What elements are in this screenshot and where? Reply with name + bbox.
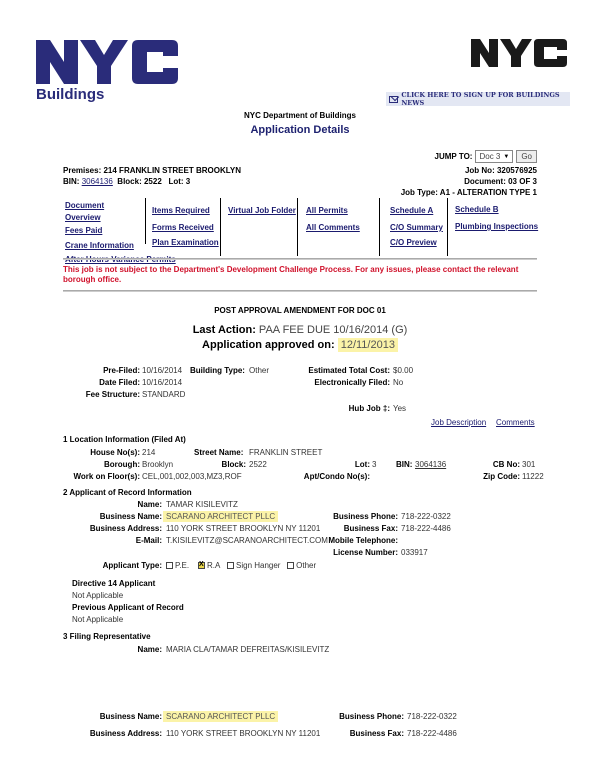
jump-to-control: JUMP TO: Doc 3 ▼ Go bbox=[435, 150, 537, 163]
applicant-type-sign-hanger[interactable]: Sign Hanger bbox=[227, 561, 280, 570]
house-no-value: 214 bbox=[142, 448, 155, 457]
document-number: Document: 03 OF 3 bbox=[464, 177, 537, 186]
rep-business-phone-label: Business Phone: bbox=[300, 712, 404, 721]
last-action-label: Last Action: bbox=[193, 324, 256, 336]
electronically-filed-label: Electronically Filed: bbox=[280, 378, 390, 387]
fee-structure-label: Fee Structure: bbox=[60, 390, 140, 399]
nav-co-summary[interactable]: C/O Summary bbox=[390, 223, 443, 232]
borough-value: Brooklyn bbox=[142, 460, 173, 469]
buildings-news-signup-link[interactable]: CLICK HERE TO SIGN UP FOR BUILDINGS NEWS bbox=[386, 92, 570, 106]
rep-business-fax-label: Business Fax: bbox=[300, 729, 404, 738]
nav-plan-examination[interactable]: Plan Examination bbox=[152, 238, 219, 247]
nav-document-overview-2[interactable]: Overview bbox=[65, 213, 101, 222]
nav-column-3: Virtual Job Folder bbox=[228, 204, 296, 216]
buildings-wordmark: Buildings bbox=[36, 86, 104, 103]
nav-divider bbox=[297, 198, 298, 256]
estimated-cost-value: $0.00 bbox=[393, 366, 413, 375]
comments-link[interactable]: Comments bbox=[496, 418, 535, 427]
nav-column-5: Schedule A C/O Summary C/O Preview bbox=[390, 204, 443, 248]
nav-schedule-a[interactable]: Schedule A bbox=[390, 206, 433, 215]
rep-business-phone-value: 718-222-0322 bbox=[407, 712, 457, 721]
cb-no-value: 301 bbox=[522, 460, 535, 469]
last-action: Last Action: PAA FEE DUE 10/16/2014 (G) bbox=[0, 324, 600, 336]
approved-label: Application approved on: bbox=[202, 339, 335, 351]
business-fax-label: Business Fax: bbox=[300, 524, 398, 533]
divider bbox=[63, 258, 537, 260]
nav-virtual-job-folder[interactable]: Virtual Job Folder bbox=[228, 206, 296, 215]
department-name: NYC Department of Buildings bbox=[0, 111, 600, 120]
dropdown-arrow-icon: ▼ bbox=[503, 154, 509, 160]
nav-all-permits[interactable]: All Permits bbox=[306, 206, 348, 215]
job-number: Job No: 320576925 bbox=[465, 166, 537, 175]
bin-link[interactable]: 3064136 bbox=[82, 177, 113, 186]
date-filed-value: 10/16/2014 bbox=[142, 378, 182, 387]
apt-condo-label: Apt/Condo No(s): bbox=[280, 472, 370, 481]
envelope-icon bbox=[389, 96, 398, 103]
previous-applicant-label: Previous Applicant of Record bbox=[72, 603, 184, 612]
job-type: Job Type: A1 - ALTERATION TYPE 1 bbox=[401, 188, 537, 197]
lot-label: Lot: bbox=[168, 177, 183, 186]
business-fax-value: 718-222-4486 bbox=[401, 524, 451, 533]
lot-value: 3 bbox=[186, 177, 190, 186]
go-button[interactable]: Go bbox=[516, 150, 537, 163]
rep-business-address-label: Business Address: bbox=[60, 729, 162, 738]
electronically-filed-value: No bbox=[393, 378, 403, 387]
bin-line: BIN: 3064136 Block: 2522 Lot: 3 bbox=[63, 177, 190, 186]
license-number-value: 033917 bbox=[401, 548, 428, 557]
document-select-value: Doc 3 bbox=[479, 152, 500, 161]
nav-column-4: All Permits All Comments bbox=[306, 204, 360, 233]
house-no-label: House No(s): bbox=[60, 448, 140, 457]
applicant-name-value: TAMAR KISILEVITZ bbox=[166, 500, 238, 509]
representative-name-label: Name: bbox=[60, 645, 162, 654]
building-type-label: Building Type: bbox=[190, 366, 245, 375]
nav-co-preview[interactable]: C/O Preview bbox=[390, 238, 437, 247]
nyc-buildings-logo[interactable] bbox=[36, 36, 178, 88]
business-phone-value: 718-222-0322 bbox=[401, 512, 451, 521]
approval-date: Application approved on: 12/11/2013 bbox=[0, 339, 600, 351]
business-address-value: 110 YORK STREET BROOKLYN NY 11201 bbox=[166, 524, 320, 533]
premises-value: 214 FRANKLIN STREET BROOKLYN bbox=[103, 166, 241, 175]
work-floors-label: Work on Floor(s): bbox=[40, 472, 140, 481]
bin-link[interactable]: 3064136 bbox=[415, 460, 446, 469]
applicant-section-heading: 2 Applicant of Record Information bbox=[63, 488, 192, 497]
building-type-value: Other bbox=[249, 366, 269, 375]
lot-value: 3 bbox=[372, 460, 376, 469]
rep-business-name-label: Business Name: bbox=[60, 712, 162, 721]
representative-section-heading: 3 Filing Representative bbox=[63, 632, 151, 641]
applicant-type-pe[interactable]: P.E. bbox=[166, 561, 189, 570]
directive-14-value: Not Applicable bbox=[72, 591, 123, 600]
representative-name-value: MARIA CLA/TAMAR DEFREITAS/KISILEVITZ bbox=[166, 645, 329, 654]
lot-label: Lot: bbox=[340, 460, 370, 469]
nav-divider bbox=[379, 198, 380, 256]
block-value: 2522 bbox=[144, 177, 162, 186]
nav-column-6: Schedule B Plumbing Inspections bbox=[455, 203, 538, 232]
nav-all-comments[interactable]: All Comments bbox=[306, 223, 360, 232]
work-floors-value: CEL,001,002,003,MZ3,ROF bbox=[142, 472, 242, 481]
nav-forms-received[interactable]: Forms Received bbox=[152, 223, 214, 232]
nav-divider bbox=[447, 198, 448, 256]
page-title: Application Details bbox=[0, 124, 600, 136]
block-value: 2522 bbox=[249, 460, 267, 469]
cb-no-label: CB No: bbox=[470, 460, 520, 469]
nav-plumbing-inspections[interactable]: Plumbing Inspections bbox=[455, 222, 538, 231]
nav-divider bbox=[220, 198, 221, 256]
fee-structure-value: STANDARD bbox=[142, 390, 185, 399]
last-action-value: PAA FEE DUE 10/16/2014 (G) bbox=[259, 324, 407, 336]
applicant-type-options: P.E. R.A Sign Hanger Other bbox=[166, 561, 316, 570]
prefiled-value: 10/16/2014 bbox=[142, 366, 182, 375]
jump-to-label: JUMP TO: bbox=[435, 152, 473, 161]
divider bbox=[63, 290, 537, 292]
news-link-text: CLICK HERE TO SIGN UP FOR BUILDINGS NEWS bbox=[401, 91, 570, 107]
development-challenge-warning: This job is not subject to the Departmen… bbox=[63, 265, 543, 285]
street-name-label: Street Name: bbox=[194, 448, 243, 457]
mobile-telephone-label: Mobile Telephone: bbox=[300, 536, 398, 545]
hub-job-label: Hub Job ‡: bbox=[280, 404, 390, 413]
borough-label: Borough: bbox=[60, 460, 140, 469]
applicant-type-other[interactable]: Other bbox=[287, 561, 316, 570]
premises-label: Premises: bbox=[63, 166, 101, 175]
street-name-value: FRANKLIN STREET bbox=[249, 448, 322, 457]
estimated-cost-label: Estimated Total Cost: bbox=[280, 366, 390, 375]
rep-business-fax-value: 718-222-4486 bbox=[407, 729, 457, 738]
premises-line: Premises: 214 FRANKLIN STREET BROOKLYN bbox=[63, 166, 241, 175]
nav-document-overview[interactable]: Document bbox=[65, 201, 104, 210]
nav-column-2: Items Required Forms Received Plan Exami… bbox=[152, 204, 219, 248]
hub-job-value: Yes bbox=[393, 404, 406, 413]
bin-label: BIN: bbox=[396, 460, 412, 469]
business-name-value: SCARANO ARCHITECT PLLC bbox=[163, 511, 278, 522]
checkbox-pe[interactable] bbox=[166, 562, 173, 569]
nav-divider bbox=[145, 198, 146, 244]
checkbox-ra-checked[interactable] bbox=[198, 562, 205, 569]
nav-items-required[interactable]: Items Required bbox=[152, 206, 210, 215]
checkbox-sign-hanger[interactable] bbox=[227, 562, 234, 569]
date-filed-label: Date Filed: bbox=[60, 378, 140, 387]
approved-value: 12/11/2013 bbox=[338, 338, 398, 352]
amendment-heading: POST APPROVAL AMENDMENT FOR DOC 01 bbox=[0, 306, 600, 315]
business-address-label: Business Address: bbox=[60, 524, 162, 533]
nav-crane-information[interactable]: Crane Information bbox=[65, 241, 134, 250]
checkbox-other[interactable] bbox=[287, 562, 294, 569]
email-label: E-Mail: bbox=[60, 536, 162, 545]
zip-code-value: 11222 bbox=[522, 472, 544, 481]
bin-label: BIN: bbox=[63, 177, 79, 186]
applicant-name-label: Name: bbox=[60, 500, 162, 509]
nyc-logo[interactable] bbox=[471, 36, 567, 70]
business-name-label: Business Name: bbox=[60, 512, 162, 521]
rep-business-name-value: SCARANO ARCHITECT PLLC bbox=[163, 711, 278, 722]
prefiled-label: Pre-Filed: bbox=[60, 366, 140, 375]
job-description-link[interactable]: Job Description bbox=[431, 418, 486, 427]
zip-code-label: Zip Code: bbox=[460, 472, 520, 481]
applicant-type-ra[interactable]: R.A bbox=[198, 561, 220, 570]
rep-business-address-value: 110 YORK STREET BROOKLYN NY 11201 bbox=[166, 729, 320, 738]
block-label: Block: bbox=[117, 177, 141, 186]
location-section-heading: 1 Location Information (Filed At) bbox=[63, 435, 186, 444]
previous-applicant-value: Not Applicable bbox=[72, 615, 123, 624]
business-phone-label: Business Phone: bbox=[300, 512, 398, 521]
directive-14-label: Directive 14 Applicant bbox=[72, 579, 155, 588]
license-number-label: License Number: bbox=[300, 548, 398, 557]
nav-fees-paid[interactable]: Fees Paid bbox=[65, 226, 102, 235]
nav-schedule-b[interactable]: Schedule B bbox=[455, 205, 499, 214]
applicant-type-label: Applicant Type: bbox=[60, 561, 162, 570]
block-label: Block: bbox=[190, 460, 246, 469]
document-select[interactable]: Doc 3 ▼ bbox=[475, 150, 513, 163]
